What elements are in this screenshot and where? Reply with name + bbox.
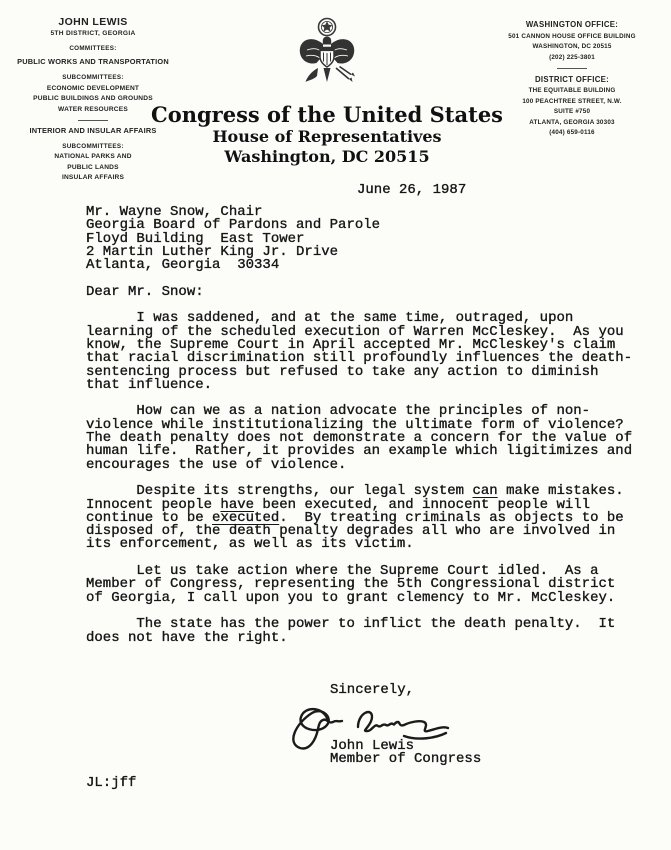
letter-page: JOHN LEWIS 5TH DISTRICT, GEORGIA COMMITT… <box>0 0 671 850</box>
recipient-line: Atlanta, Georgia 30334 <box>86 259 646 272</box>
body-line: of Georgia, I call upon you to grant cle… <box>86 592 646 605</box>
washington-office-address: 501 CANNON HOUSE OFFICE BUILDINGWASHINGT… <box>478 33 666 61</box>
address-line: WASHINGTON, DC 20515 <box>478 43 666 50</box>
body-line: that influence. <box>86 379 646 392</box>
address-line: 100 PEACHTREE STREET, N.W. <box>478 98 666 105</box>
typist-reference: JL:jff <box>86 777 136 790</box>
letter-date: June 26, 1987 <box>357 184 466 197</box>
district-office-address: THE EQUITABLE BUILDING100 PEACHTREE STRE… <box>478 87 666 136</box>
body-line: its enforcement, as well as its victim. <box>86 538 646 551</box>
address-line: ATLANTA, GEORGIA 30303 <box>478 119 666 126</box>
address-line: THE EQUITABLE BUILDING <box>478 87 666 94</box>
body-line: encourages the use of violence. <box>86 459 646 472</box>
body-paragraph: The state has the power to inflict the d… <box>86 618 646 645</box>
letter-body: I was saddened, and at the same time, ou… <box>86 312 646 644</box>
office-addresses-block: WASHINGTON OFFICE: 501 CANNON HOUSE OFFI… <box>478 20 666 136</box>
subcommittee-item: INSULAR AFFAIRS <box>4 174 182 181</box>
signer-title: Member of Congress <box>330 753 481 766</box>
body-line: does not have the right. <box>86 632 646 645</box>
salutation: Dear Mr. Snow: <box>86 286 646 299</box>
body-paragraph: Despite its strengths, our legal system … <box>86 485 646 551</box>
body-paragraph: How can we as a nation advocate the prin… <box>86 405 646 471</box>
district-office-label: DISTRICT OFFICE: <box>478 75 666 84</box>
address-line: 501 CANNON HOUSE OFFICE BUILDING <box>478 33 666 40</box>
text-segment: its enforcement, as well as its victim. <box>86 536 414 552</box>
text-segment: that influence. <box>86 377 212 393</box>
address-line: (404) 659-0116 <box>478 129 666 136</box>
address-line: SUITE #750 <box>478 108 666 115</box>
text-segment: encourages the use of violence. <box>86 457 346 473</box>
divider-rule <box>557 68 587 69</box>
body-paragraph: Let us take action where the Supreme Cou… <box>86 565 646 605</box>
recipient-address: Mr. Wayne Snow, ChairGeorgia Board of Pa… <box>86 206 646 272</box>
body-paragraph: I was saddened, and at the same time, ou… <box>86 312 646 392</box>
address-line: (202) 225-3801 <box>478 54 666 61</box>
us-congress-eagle-seal-icon <box>297 16 357 96</box>
text-segment: of Georgia, I call upon you to grant cle… <box>86 590 615 606</box>
masthead-subtitle-city: Washington, DC 20515 <box>92 147 562 167</box>
washington-office-label: WASHINGTON OFFICE: <box>478 20 666 29</box>
text-segment: does not have the right. <box>86 630 288 646</box>
letter-content: Mr. Wayne Snow, ChairGeorgia Board of Pa… <box>86 206 646 645</box>
